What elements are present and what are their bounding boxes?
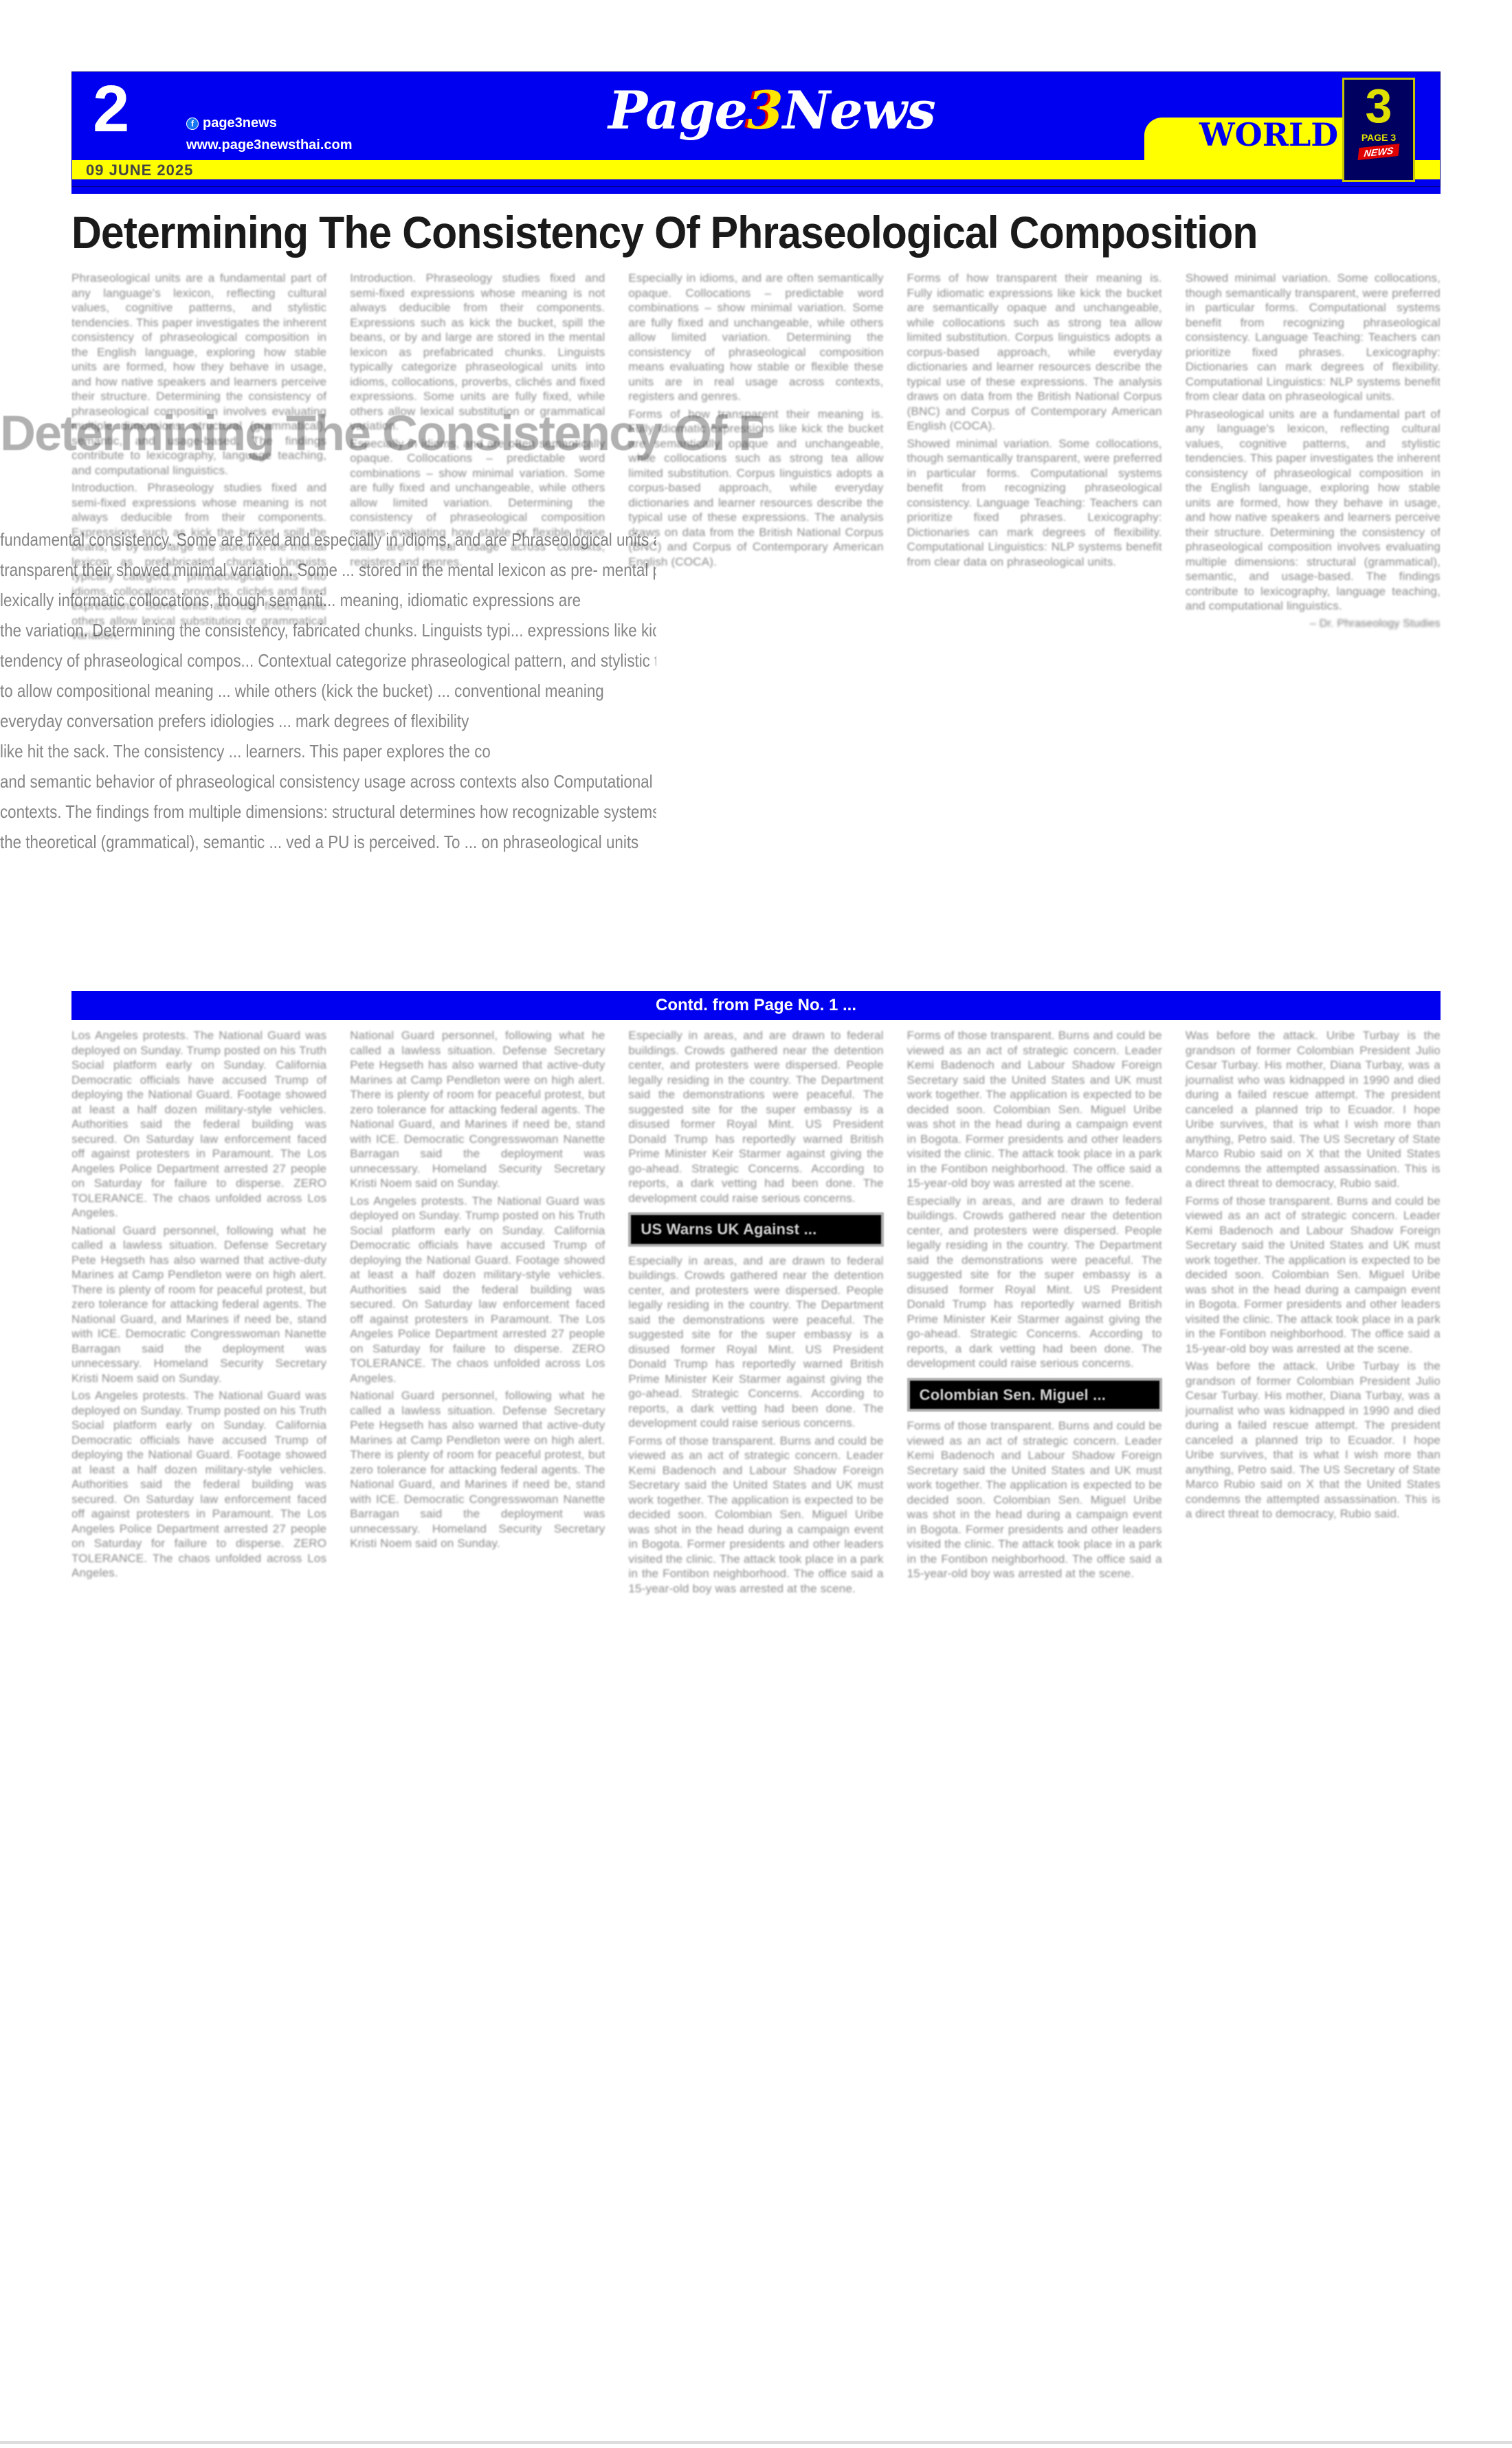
article-column-5: Showed minimal variation. Some collocati… — [1186, 271, 1441, 986]
badge-news-label: NEWS — [1358, 144, 1400, 160]
page-bottom-rule — [0, 2441, 1512, 2444]
continued-from-page-1-bar: Contd. from Page No. 1 ... — [71, 991, 1441, 1020]
facebook-icon: f — [186, 118, 199, 130]
website-link[interactable]: www.page3newsthai.com — [186, 134, 353, 156]
issue-date: 09 JUNE 2025 — [86, 162, 193, 179]
article-columns: Phraseological units are a fundamental p… — [71, 271, 1441, 986]
sub-headline-colombian-sen-miguel: Colombian Sen. Miguel ... — [907, 1378, 1162, 1412]
social-links: fpage3news www.page3newsthai.com — [186, 112, 353, 156]
logo-three: 3 — [747, 80, 783, 141]
sub-headline-us-warns-uk: US Warns UK Against ... — [628, 1212, 883, 1247]
logo-page-text: Page — [608, 80, 747, 141]
newspaper-page: 2 fpage3news www.page3newsthai.com Page3… — [71, 71, 1441, 2348]
page-number: 2 — [93, 76, 129, 142]
news-column-3: Especially in areas, and are drawn to fe… — [628, 1028, 883, 2348]
news-column-1: Los Angeles protests. The National Guard… — [71, 1028, 326, 2348]
masthead-bottom-rule — [71, 187, 1441, 194]
article-column-4: Forms of how transparent their meaning i… — [907, 271, 1162, 986]
continued-news-columns: Los Angeles protests. The National Guard… — [71, 1028, 1441, 2348]
facebook-handle: page3news — [203, 115, 277, 131]
masthead: 2 fpage3news www.page3newsthai.com Page3… — [71, 71, 1441, 187]
badge-page-label: PAGE 3 — [1344, 132, 1413, 143]
facebook-link[interactable]: fpage3news — [186, 112, 353, 134]
page3-news-badge-icon: 3 PAGE 3 NEWS — [1342, 78, 1415, 182]
section-label: WORLD — [1199, 116, 1338, 153]
news-column-5: Was before the attack. Uribe Turbay is t… — [1186, 1028, 1441, 2348]
article-column-1: Phraseological units are a fundamental p… — [71, 271, 326, 986]
article-column-2: Introduction. Phraseology studies fixed … — [350, 271, 605, 986]
article-byline: – Dr. Phraseology Studies — [1186, 616, 1441, 632]
badge-number: 3 — [1344, 80, 1413, 132]
logo-news-text: News — [783, 80, 935, 141]
news-column-2: National Guard personnel, following what… — [350, 1028, 605, 2348]
article-column-3: Especially in idioms, and are often sema… — [628, 271, 883, 986]
article-headline: Determining The Consistency Of Phraseolo… — [71, 203, 1331, 261]
logo: Page3News — [608, 82, 935, 140]
news-column-4: Forms of those transparent. Burns and co… — [907, 1028, 1162, 2348]
